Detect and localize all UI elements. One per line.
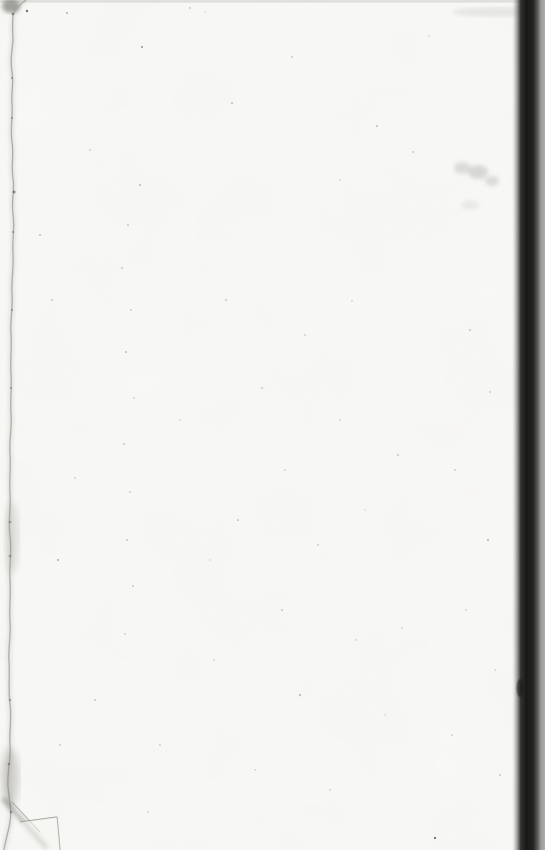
- speck: [74, 477, 75, 478]
- speck: [254, 769, 255, 770]
- speck: [317, 544, 318, 545]
- speck: [494, 669, 495, 670]
- speck: [465, 609, 466, 610]
- speck: [94, 699, 96, 701]
- speck: [487, 539, 489, 541]
- speck: [489, 391, 490, 392]
- speck: [209, 559, 210, 560]
- speck: [189, 7, 190, 8]
- speck: [124, 633, 125, 634]
- speck: [123, 443, 125, 445]
- speck: [291, 56, 292, 57]
- speck: [127, 224, 128, 225]
- speck: [329, 789, 330, 790]
- speck: [147, 811, 148, 812]
- speck: [57, 559, 59, 561]
- speck: [412, 151, 413, 152]
- speck: [225, 299, 227, 301]
- speck: [284, 469, 285, 470]
- speck: [126, 539, 128, 541]
- speck: [339, 179, 340, 180]
- scanned-page: [0, 0, 545, 850]
- speck: [125, 351, 127, 353]
- scan-artifacts-layer: [0, 0, 545, 850]
- speck: [132, 585, 133, 586]
- speck: [231, 102, 233, 104]
- speck: [121, 267, 123, 269]
- speck: [51, 299, 52, 300]
- speck: [376, 125, 378, 127]
- speck: [281, 609, 283, 611]
- speck: [89, 149, 90, 150]
- speck: [159, 744, 160, 745]
- speck: [133, 397, 134, 398]
- speck: [237, 519, 239, 521]
- speck: [428, 35, 429, 36]
- speck: [469, 329, 471, 331]
- top-edge-shadow: [0, 0, 545, 3]
- paper-grain-texture: [0, 0, 545, 850]
- speck: [434, 837, 436, 839]
- spine-shadow-bar: [511, 0, 545, 850]
- speck: [304, 334, 305, 335]
- speck: [26, 10, 28, 12]
- speck: [499, 774, 501, 776]
- spine-edge-blotch: [517, 679, 524, 697]
- speck: [454, 469, 455, 470]
- speck: [401, 627, 402, 628]
- speck: [59, 744, 60, 745]
- speck: [351, 300, 352, 301]
- left-edge-smudge-mid: [5, 502, 19, 574]
- speck: [179, 419, 180, 420]
- speck: [364, 509, 365, 510]
- speck: [66, 12, 68, 14]
- speck: [451, 734, 452, 735]
- speck: [299, 694, 301, 696]
- speck: [130, 309, 131, 310]
- speck: [384, 714, 385, 715]
- speck: [355, 639, 356, 640]
- speck: [141, 46, 143, 48]
- speck: [397, 454, 399, 456]
- speck: [139, 184, 141, 186]
- speck: [39, 234, 41, 236]
- speck: [204, 11, 205, 12]
- speck: [339, 419, 340, 420]
- speck: [129, 491, 130, 492]
- speck: [261, 387, 263, 389]
- speck: [213, 659, 214, 660]
